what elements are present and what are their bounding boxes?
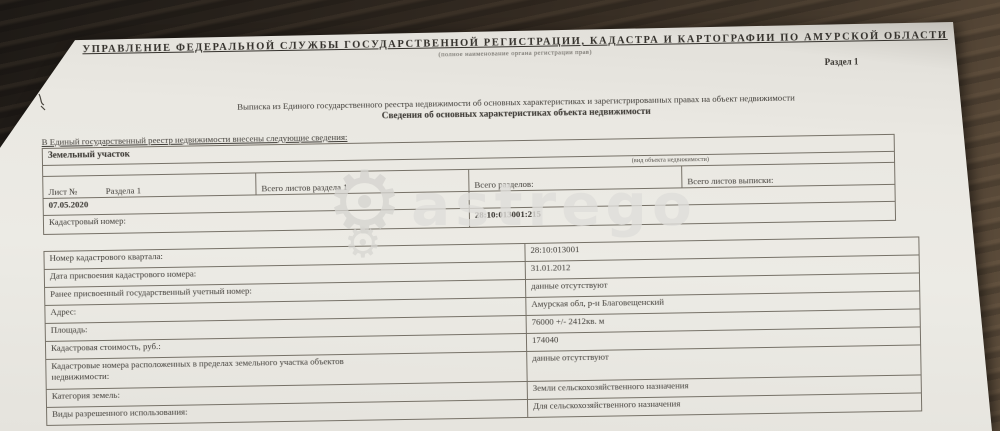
paper-shadow: УПРАВЛЕНИЕ ФЕДЕРАЛЬНОЙ СЛУЖБЫ ГОСУДАРСТВ…: [0, 0, 1000, 431]
header-table: Земельный участок (вид объекта недвижимо…: [42, 134, 896, 235]
paper-document: УПРАВЛЕНИЕ ФЕДЕРАЛЬНОЙ СЛУЖБЫ ГОСУДАРСТВ…: [0, 0, 1000, 431]
photo-scene: УПРАВЛЕНИЕ ФЕДЕРАЛЬНОЙ СЛУЖБЫ ГОСУДАРСТВ…: [0, 0, 1000, 431]
details-table: Номер кадастрового квартала: 28:10:01300…: [43, 236, 922, 425]
sheet-no-label: Лист №: [48, 186, 77, 196]
section-ref-label: Раздела 1: [106, 185, 142, 196]
document-content: УПРАВЛЕНИЕ ФЕДЕРАЛЬНОЙ СЛУЖБЫ ГОСУДАРСТВ…: [40, 29, 966, 426]
row-label-text: Кадастровые номера расположенных в преде…: [51, 355, 381, 382]
